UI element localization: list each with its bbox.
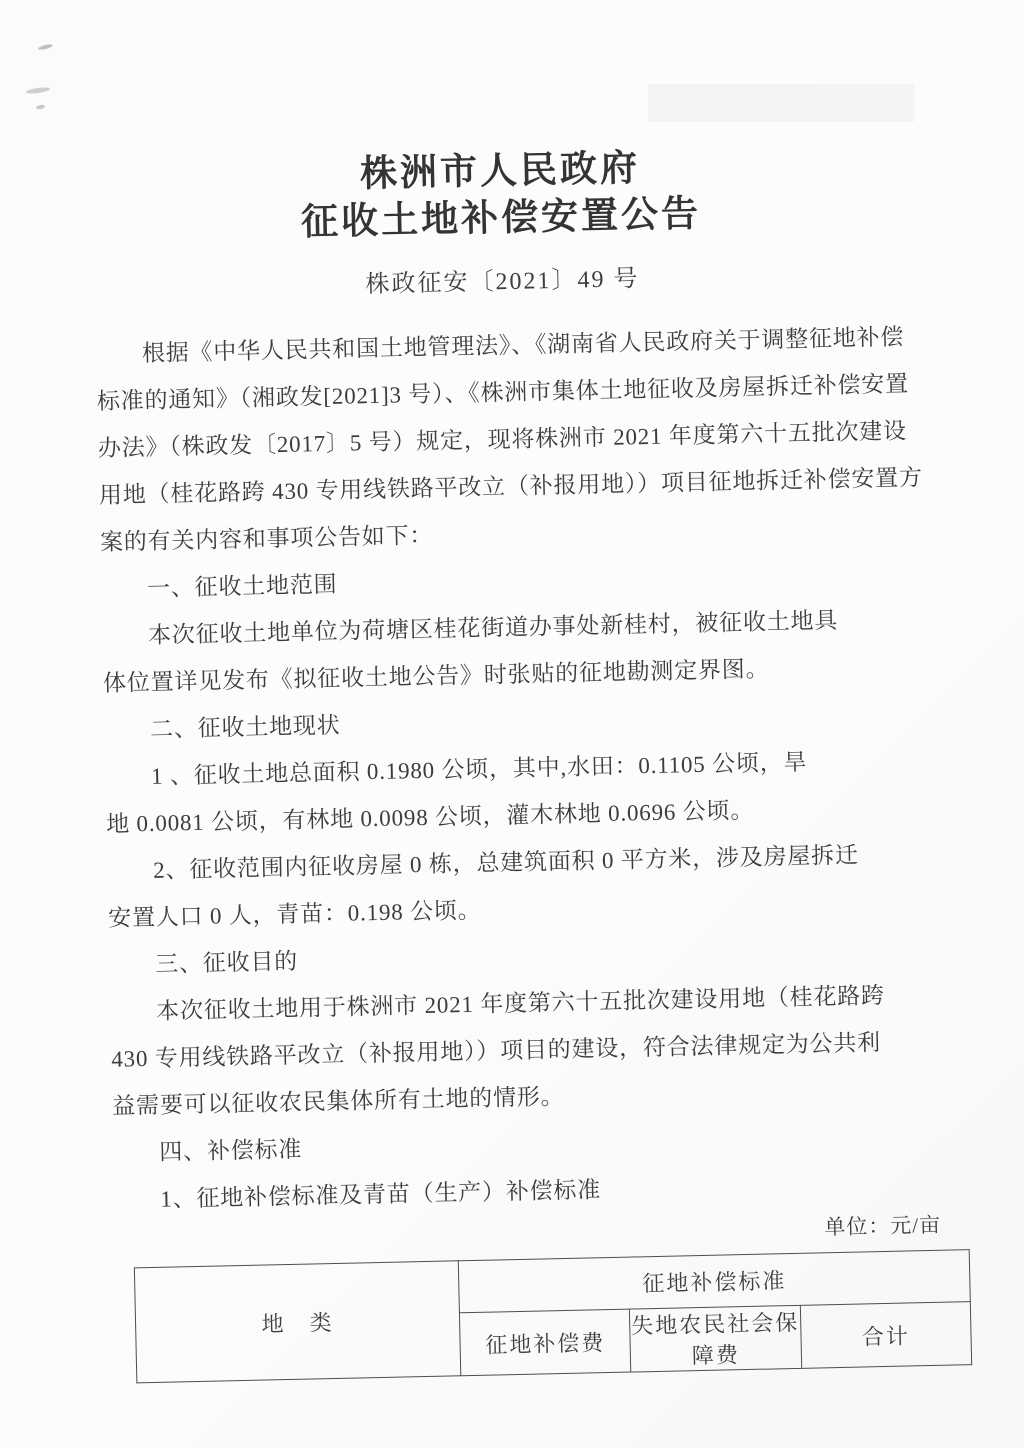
table-header-land-type: 地 类 (134, 1261, 460, 1383)
table-header-compensation-fee: 征地补偿费 (459, 1309, 631, 1376)
table-header-total: 合计 (800, 1302, 972, 1369)
scanned-document-page: 株洲市人民政府 征收土地补偿安置公告 株政征安〔2021〕49 号 根据《中华人… (0, 0, 1024, 1448)
document-number: 株政征安〔2021〕49 号 (0, 250, 1015, 307)
table-header-social-security-fee: 失地农民社会保障费 (630, 1305, 802, 1372)
document-body: 根据《中华人民共和国土地管理法》、《湖南省人民政府关于调整征地补偿 标准的通知》… (95, 313, 944, 1224)
compensation-table: 地 类 征地补偿标准 征地补偿费 失地农民社会保障费 合计 (134, 1249, 972, 1383)
document-content: 株洲市人民政府 征收土地补偿安置公告 株政征安〔2021〕49 号 根据《中华人… (0, 0, 1024, 1386)
